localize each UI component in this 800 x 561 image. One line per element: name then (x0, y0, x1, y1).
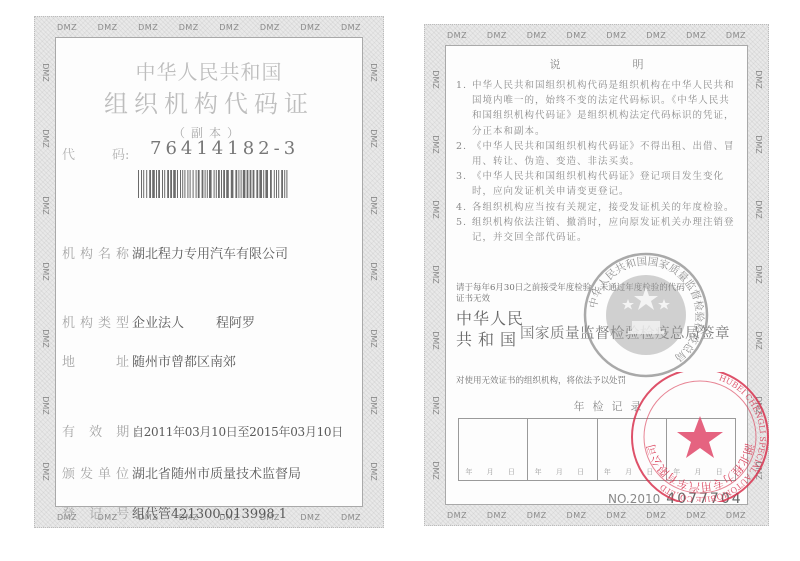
org-type-value: 企业法人 (132, 316, 184, 331)
address-value: 随州市曾都区南郊 (132, 355, 236, 370)
instruction-item: 4.各组织机构应当按有关规定，接受发证机关的年度检验。 (456, 200, 739, 215)
code-label-2: 码: (112, 144, 129, 163)
prc-label-line2: 共和国 (456, 327, 522, 350)
field-org-name: 机构名称:湖北程力专用汽车有限公司 (62, 243, 288, 262)
title-country: 中华人民共和国 (56, 56, 362, 85)
instruction-item: 1.中华人民共和国组织机构代码是组织机构在中华人民共和国境内唯一的，始终不变的法… (456, 78, 739, 139)
organization-code: 76414182-3 (150, 138, 299, 159)
annual-inspection-table: 年 月 日 年 月 日 年 月 日 年 月 日 (458, 418, 736, 481)
instruction-item: 5.组织机构依法注销、撤消时，应向原发证机关办理注销登记，并交回全部代码证。 (456, 215, 739, 245)
title-certificate: 组织机构代码证 (56, 84, 362, 119)
invalid-certificate-warning: 对使用无效证书的组织机构，将依法予以处罚 (456, 374, 626, 386)
code-row: 代 码: 76414182-3 (62, 138, 362, 162)
instruction-item: 2.《中华人民共和国组织机构代码证》不得出租、出借、冒用、转让、伪造、变造、非法… (456, 139, 739, 169)
field-validity: 有 效 期:自2011年03月10日至2015年03月10日 (62, 421, 343, 440)
instruction-item: 3.《中华人民共和国组织机构代码证》登记项目发生变化时，应向发证机关申请变更登记… (456, 169, 739, 199)
certificate-front-page: DMZDMZDMZDMZDMZDMZDMZDMZ DMZDMZDMZDMZDMZ… (34, 16, 384, 528)
issuing-agency: 国家质量监督检验检疫总局签章 (520, 322, 730, 343)
prc-label-line1: 中华人民 (456, 306, 524, 329)
inspection-cell: 年 月 日 (598, 419, 667, 480)
validity-value: 自2011年03月10日至2015年03月10日 (132, 425, 343, 439)
inspection-cell: 年 月 日 (459, 419, 528, 480)
dmz-border-top: DMZDMZDMZDMZDMZDMZDMZDMZ (447, 28, 746, 42)
dmz-border-top: DMZDMZDMZDMZDMZDMZDMZDMZ (57, 20, 361, 34)
barcode (138, 170, 288, 198)
registration-value: 组代管421300-013998 1 (132, 507, 287, 522)
dmz-border-left: DMZDMZDMZDMZDMZDMZDMZ (38, 39, 52, 505)
certificate-back-body: 说明 1.中华人民共和国组织机构代码是组织机构在中华人民共和国境内唯一的，始终不… (445, 45, 748, 505)
dmz-border-right: DMZDMZDMZDMZDMZDMZDMZ (751, 47, 765, 503)
field-address: 地 址:随州市曾都区南郊 (62, 351, 236, 370)
annual-inspection-notice: 请于每年6月30日之前接受年度检验，未通过年度检验的代码证书无效 (456, 283, 686, 305)
dmz-border-bottom: DMZDMZDMZDMZDMZDMZDMZDMZ (447, 508, 746, 522)
legal-rep-value: 程阿罗 (216, 316, 255, 331)
certificate-front-body: 中华人民共和国 组织机构代码证 （副本） 代 码: 76414182-3 机构名… (55, 37, 363, 507)
field-issuer: 颁发单位:湖北省随州市质量技术监督局 (62, 463, 301, 482)
org-name-value: 湖北程力专用汽车有限公司 (132, 247, 288, 262)
annual-inspection-title: 年检记录 (446, 398, 747, 414)
inspection-cell: 年 月 日 (667, 419, 735, 480)
dmz-border-left: DMZDMZDMZDMZDMZDMZDMZ (428, 47, 442, 503)
field-registration: 登 记 号:组代管421300-013998 1 (62, 503, 287, 522)
instructions-list: 1.中华人民共和国组织机构代码是组织机构在中华人民共和国境内唯一的，始终不变的法… (456, 78, 739, 245)
inspection-cell: 年 月 日 (528, 419, 597, 480)
certificate-back-page: DMZDMZDMZDMZDMZDMZDMZDMZ DMZDMZDMZDMZDMZ… (424, 24, 769, 526)
instructions-title: 说明 (446, 56, 747, 72)
serial-number: NO.20104077704 (608, 488, 743, 507)
issuer-value: 湖北省随州市质量技术监督局 (132, 467, 301, 482)
dmz-border-right: DMZDMZDMZDMZDMZDMZDMZ (366, 39, 380, 505)
code-label-1: 代 (62, 144, 75, 163)
field-org-type: 机构类型:企业法人程阿罗 (62, 312, 255, 331)
